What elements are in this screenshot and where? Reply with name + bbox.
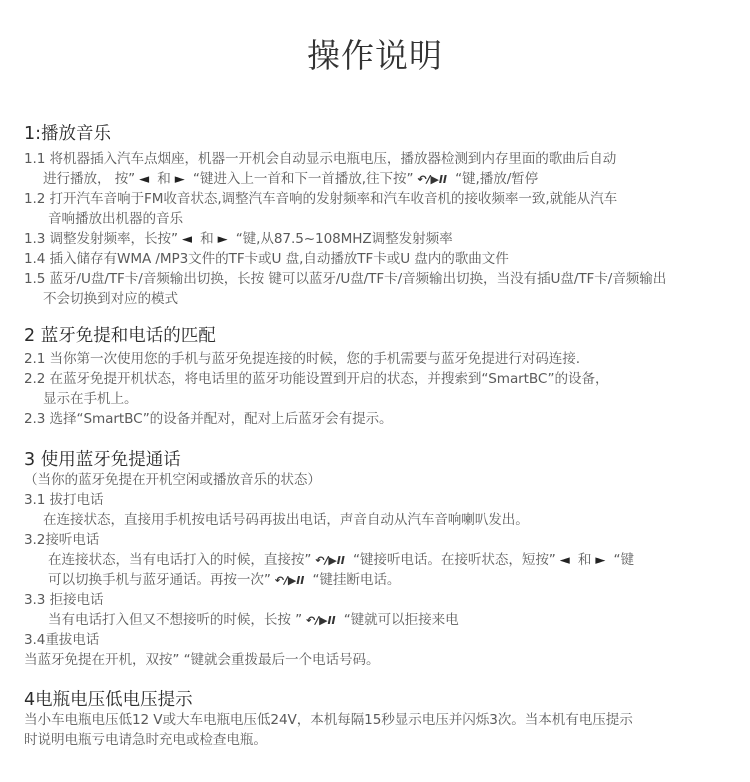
text: “键接听电话。在接听状态，短按” [353,552,556,568]
instruction-1-5: 1.5 蓝牙/U盘/TF卡/音频输出切换，长按 键可以蓝牙/U盘/TF卡/音频输… [24,269,666,289]
section-1-heading: 1:播放音乐 [24,120,111,145]
text: 1.3 调整发射频率，长按” [24,231,178,247]
instruction-1-2: 1.2 打开汽车音响于FM收音状态,调整汽车音响的发射频率和汽车收音机的接收频率… [24,189,617,209]
instruction-3-4: 3.4重拔电话 [24,630,99,650]
text: “键挂断电话。 [312,572,400,588]
text: 和 [578,552,592,568]
instruction-1-4: 1.4 插入储存有WMA /MP3文件的TF卡或U 盘,自动播放TF卡或U 盘内… [24,249,509,269]
prev-icon: ◄ [139,170,149,190]
text: 和 [200,231,214,247]
instruction-3-1: 3.1 拔打电话 [24,490,104,510]
instruction-1-1-cont: 进行播放， 按”◄ 和► “键进入上一首和下一首播放,往下按”↶/▶II “键,… [43,169,538,190]
instruction-3-3: 3.3 拒接电话 [24,590,104,610]
call-play-pause-icon: ↶/▶II [275,571,304,591]
instruction-1-2-cont: 音响播放出机器的音乐 [48,209,183,229]
instruction-1-3: 1.3 调整发射频率，长按”◄ 和► “键,从87.5~108MHZ调整发射频率 [24,229,453,250]
text: 当有电话打入但又不想接听的时候，长按 ” [48,612,302,628]
instruction-2-2: 2.2 在蓝牙免提开机状态，将电话里的蓝牙功能设置到开启的状态，并搜索到“Sma… [24,369,608,389]
text: 可以切换手机与蓝牙通话。再按一次” [48,572,271,588]
section-3-note: （当你的蓝牙免提在开机空闲或播放音乐的状态） [24,470,321,490]
text: “键就可以拒接来电 [344,612,459,628]
instruction-3-2: 3.2接听电话 [24,530,99,550]
prev-icon: ◄ [560,551,570,571]
call-play-pause-icon: ↶/▶II [315,551,344,571]
instruction-3-3-text: 当有电话打入但又不想接听的时候，长按 ”↶/▶II “键就可以拒接来电 [48,610,459,631]
instruction-2-1: 2.1 当你第一次使用您的手机与蓝牙免提连接的时候，您的手机需要与蓝牙免提进行对… [24,349,580,369]
instruction-1-1: 1.1 将机器插入汽车点烟座，机器一开机会自动显示电瓶电压，播放器检测到内存里面… [24,149,616,169]
instruction-3-4-text: 当蓝牙免提在开机，双按” “键就会重拨最后一个电话号码。 [24,650,379,670]
section-2-heading: 2 蓝牙免提和电话的匹配 [24,322,216,347]
text: “键,从87.5~108MHZ调整发射频率 [236,231,453,247]
page-title: 操作说明 [0,30,750,77]
text: “键,播放/暂停 [455,171,538,187]
next-icon: ► [175,170,185,190]
section-3-heading: 3 使用蓝牙免提通话 [24,446,181,471]
next-icon: ► [218,230,228,250]
section-4-heading: 4电瓶电压低电压提示 [24,686,193,711]
instruction-3-2-cont: 可以切换手机与蓝牙通话。再按一次”↶/▶II “键挂断电话。 [48,570,400,591]
instruction-1-5-cont: 不会切换到对应的模式 [43,289,178,309]
call-play-pause-icon: ↶/▶II [417,170,446,190]
instruction-3-2-text: 在连接状态，当有电话打入的时候，直接按”↶/▶II “键接听电话。在接听状态，短… [48,550,634,571]
call-play-pause-icon: ↶/▶II [306,611,335,631]
text: “键进入上一首和下一首播放,往下按” [193,171,414,187]
text: 和 [157,171,171,187]
text: “键 [614,552,634,568]
prev-icon: ◄ [182,230,192,250]
next-icon: ► [595,551,605,571]
text: 进行播放， 按” [43,171,135,187]
instruction-4-1: 当小车电瓶电压低12 V或大车电瓶电压低24V，本机每隔15秒显示电压并闪烁3次… [24,710,633,730]
instruction-3-1-text: 在连接状态，直接用手机按电话号码再拔出电话，声音自动从汽车音响喇叭发出。 [43,510,529,530]
instruction-2-3: 2.3 选择“SmartBC”的设备并配对，配对上后蓝牙会有提示。 [24,409,393,429]
text: 在连接状态，当有电话打入的时候，直接按” [48,552,311,568]
instruction-4-1-cont: 时说明电瓶亏电请急时充电或检查电瓶。 [24,730,267,750]
instruction-2-2-cont: 显示在手机上。 [43,389,137,409]
